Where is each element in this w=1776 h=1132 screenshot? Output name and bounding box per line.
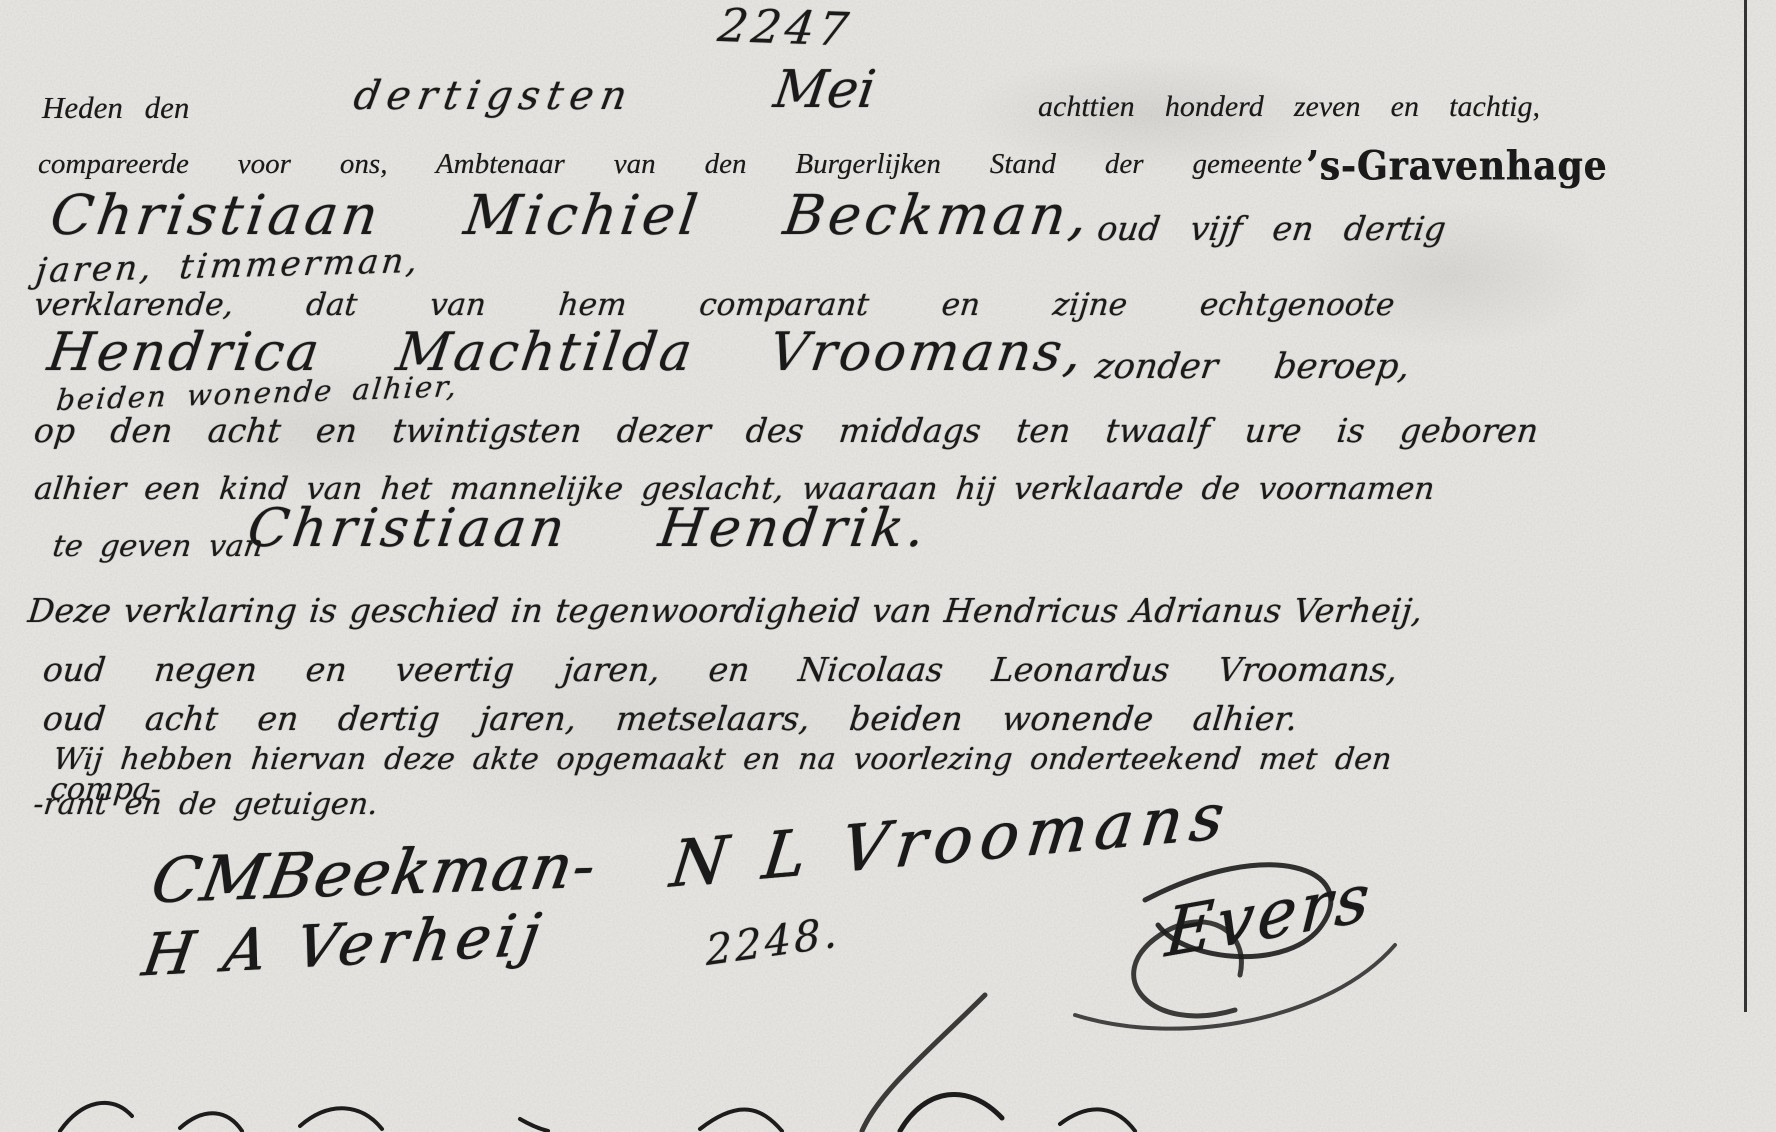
declaration-intro-line: verklarende, dat van hem comparant en zi… [33, 290, 1396, 321]
birth-date-time-line: op den acht en twintigsten dezer des mid… [33, 414, 1540, 447]
act-number: 2247 [716, 2, 855, 52]
municipality-name: ’s-Gravenhage [1306, 146, 1607, 186]
form-text-year: achttien honderd zeven en tachtig, [1038, 92, 1540, 122]
declarant-name: Christiaan Michiel Beckman, [47, 188, 1095, 243]
signature-witness-verheij: H A Verheij [139, 905, 550, 985]
signature-registrar: Evers [1163, 864, 1375, 968]
form-text-heden-den: Heden den [42, 92, 189, 123]
child-name: Christiaan Hendrik. [245, 502, 932, 555]
handwritten-day: dertigsten [351, 76, 637, 116]
witnesses-intro-line: Deze verklaring is geschied in tegenwoor… [27, 594, 1424, 627]
witness2-details-line: oud acht en dertig jaren, metselaars, be… [42, 702, 1299, 735]
mother-name: Hendrica Machtilda Vroomans, [45, 326, 1088, 379]
declarant-age: oud vijf en dertig [1095, 212, 1448, 245]
handwritten-month: Mei [771, 64, 879, 116]
child-names-prefix: te geven van [51, 532, 265, 562]
witness1-details-line: oud negen en veertig jaren, en Nicolaas … [42, 653, 1399, 686]
closing-line-2: -rant en de getuigen. [32, 790, 379, 820]
next-act-number: 2248. [705, 911, 840, 972]
declarant-occupation: jaren, timmerman, [34, 244, 422, 288]
mother-occupation: zonder beroep, [1093, 350, 1412, 385]
form-text-registrar-line: compareerde voor ons, Ambtenaar van den … [38, 150, 1302, 179]
scanned-birth-certificate-page: 2247 Heden den dertigsten Mei achttien h… [0, 0, 1776, 1132]
margin-rule-line [1744, 0, 1747, 1012]
